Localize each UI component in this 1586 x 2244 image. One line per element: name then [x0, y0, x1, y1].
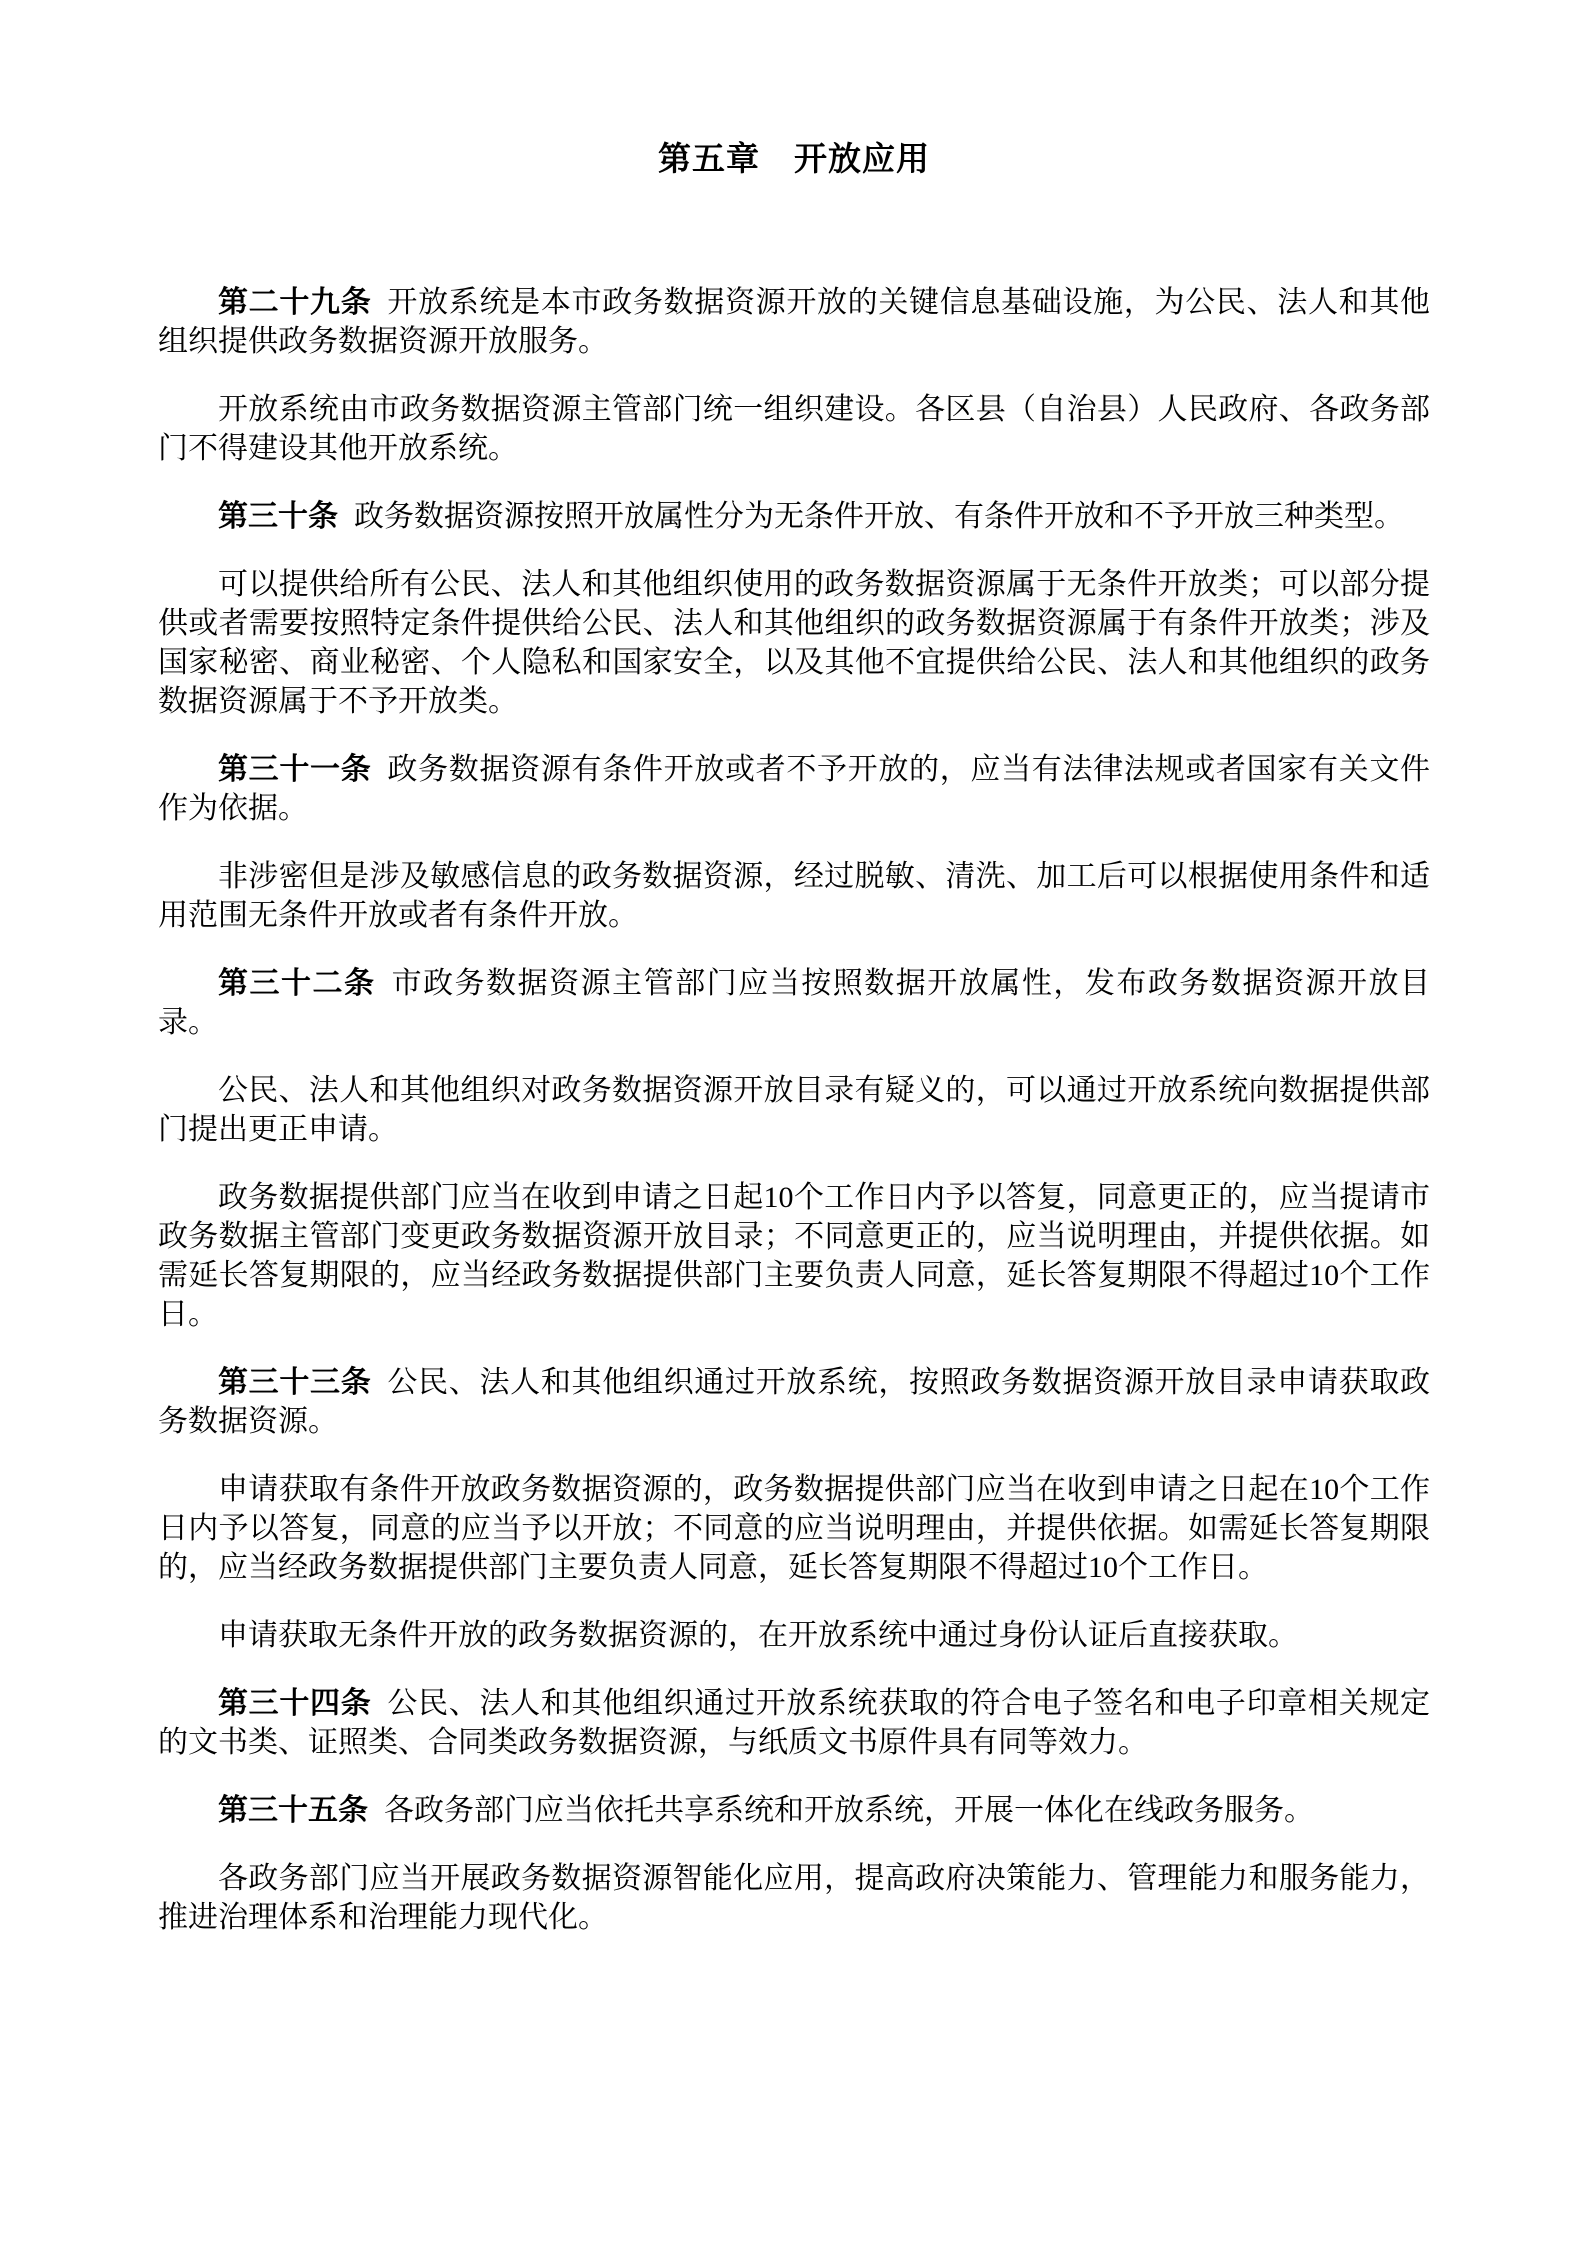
paragraph-text: 各政务部门应当开展政务数据资源智能化应用，提高政府决策能力、管理能力和服务能力，… — [158, 1862, 1430, 1934]
paragraph-text: 开放系统由市政务数据资源主管部门统一组织建设。各区县（自治县）人民政府、各政务部… — [158, 393, 1430, 465]
paragraph-text: 公民、法人和其他组织对政务数据资源开放目录有疑义的，可以通过开放系统向数据提供部… — [158, 1074, 1430, 1146]
article-number: 第二十九条 — [218, 286, 371, 319]
paragraph: 开放系统由市政务数据资源主管部门统一组织建设。各区县（自治县）人民政府、各政务部… — [158, 390, 1430, 468]
paragraph: 公民、法人和其他组织对政务数据资源开放目录有疑义的，可以通过开放系统向数据提供部… — [158, 1071, 1430, 1149]
article-number: 第三十五条 — [218, 1794, 368, 1827]
paragraph-text: 各政务部门应当依托共享系统和开放系统，开展一体化在线政务服务。 — [384, 1794, 1314, 1827]
document-page: 第五章 开放应用 第二十九条开放系统是本市政务数据资源开放的关键信息基础设施，为… — [0, 0, 1586, 2244]
paragraph-text: 政务数据提供部门应当在收到申请之日起10个工作日内予以答复，同意更正的，应当提请… — [158, 1181, 1430, 1331]
paragraph: 申请获取无条件开放的政务数据资源的，在开放系统中通过身份认证后直接获取。 — [158, 1616, 1430, 1655]
paragraph-text: 政务数据资源按照开放属性分为无条件开放、有条件开放和不予开放三种类型。 — [354, 500, 1404, 533]
paragraph: 政务数据提供部门应当在收到申请之日起10个工作日内予以答复，同意更正的，应当提请… — [158, 1178, 1430, 1334]
paragraph-text: 可以提供给所有公民、法人和其他组织使用的政务数据资源属于无条件开放类；可以部分提… — [158, 568, 1430, 718]
paragraph: 第三十四条公民、法人和其他组织通过开放系统获取的符合电子签名和电子印章相关规定的… — [158, 1684, 1430, 1762]
article-number: 第三十四条 — [218, 1687, 371, 1720]
paragraph: 第三十三条公民、法人和其他组织通过开放系统，按照政务数据资源开放目录申请获取政务… — [158, 1363, 1430, 1441]
paragraph: 第三十一条政务数据资源有条件开放或者不予开放的，应当有法律法规或者国家有关文件作… — [158, 750, 1430, 828]
article-number: 第三十一条 — [218, 753, 371, 786]
article-number: 第三十二条 — [218, 967, 376, 1000]
chapter-title: 第五章 开放应用 — [158, 140, 1430, 180]
paragraph: 可以提供给所有公民、法人和其他组织使用的政务数据资源属于无条件开放类；可以部分提… — [158, 565, 1430, 721]
paragraph-text: 非涉密但是涉及敏感信息的政务数据资源，经过脱敏、清洗、加工后可以根据使用条件和适… — [158, 860, 1430, 932]
paragraph: 第三十二条市政务数据资源主管部门应当按照数据开放属性，发布政务数据资源开放目录。 — [158, 964, 1430, 1042]
paragraph-text: 申请获取有条件开放政务数据资源的，政务数据提供部门应当在收到申请之日起在10个工… — [158, 1473, 1430, 1584]
paragraph: 第三十条政务数据资源按照开放属性分为无条件开放、有条件开放和不予开放三种类型。 — [158, 497, 1430, 536]
paragraph: 第二十九条开放系统是本市政务数据资源开放的关键信息基础设施，为公民、法人和其他组… — [158, 283, 1430, 361]
paragraph: 非涉密但是涉及敏感信息的政务数据资源，经过脱敏、清洗、加工后可以根据使用条件和适… — [158, 857, 1430, 935]
article-number: 第三十条 — [218, 500, 338, 533]
paragraph: 申请获取有条件开放政务数据资源的，政务数据提供部门应当在收到申请之日起在10个工… — [158, 1470, 1430, 1587]
paragraph-text: 申请获取无条件开放的政务数据资源的，在开放系统中通过身份认证后直接获取。 — [218, 1619, 1298, 1652]
paragraph: 第三十五条各政务部门应当依托共享系统和开放系统，开展一体化在线政务服务。 — [158, 1791, 1430, 1830]
paragraph: 各政务部门应当开展政务数据资源智能化应用，提高政府决策能力、管理能力和服务能力，… — [158, 1859, 1430, 1937]
article-number: 第三十三条 — [218, 1366, 371, 1399]
